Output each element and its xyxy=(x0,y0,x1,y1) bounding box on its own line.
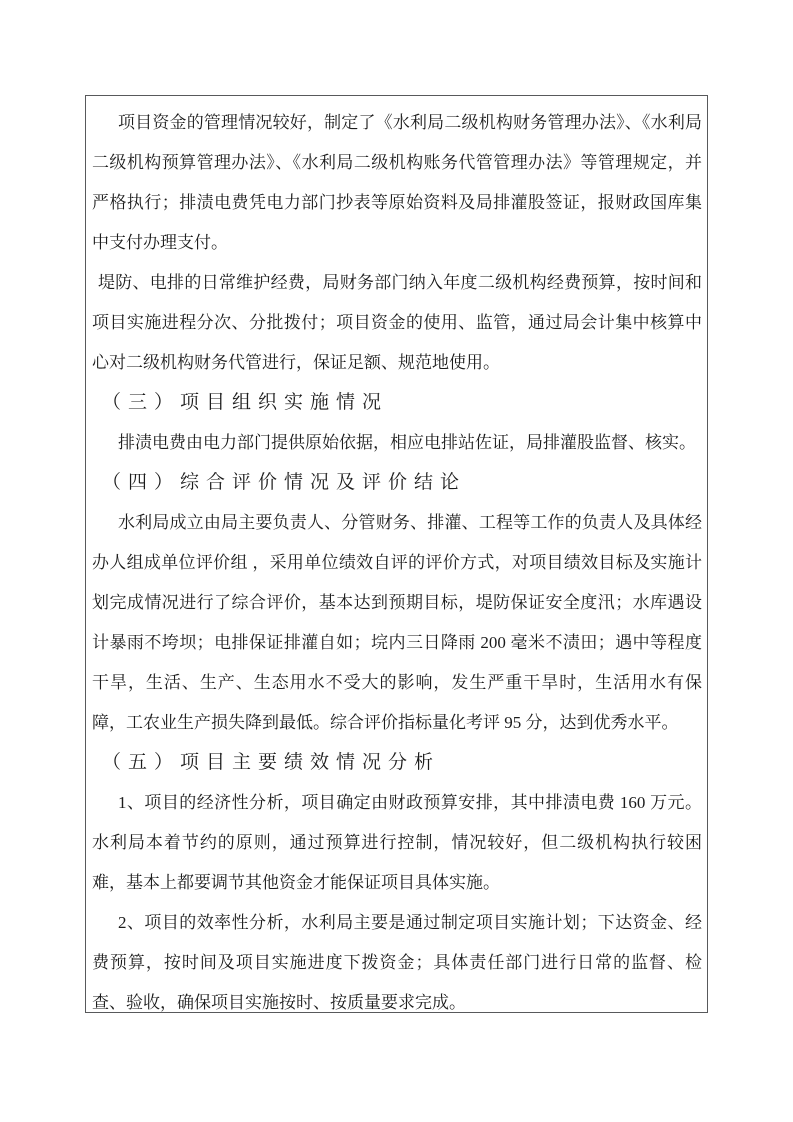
document-cell-border: 项目资金的管理情况较好，制定了《水利局二级机构财务管理办法》、《水利局二级机构预… xyxy=(85,95,708,1013)
paragraph-implementation-detail: 排渍电费由电力部门提供原始依据，相应电排站佐证，局排灌股监督、核实。 xyxy=(92,423,702,463)
section-heading-4-comprehensive-evaluation: （四）综合评价情况及评价结论 xyxy=(92,463,702,503)
paragraph-economy-analysis: 1、项目的经济性分析，项目确定由财政预算安排，其中排渍电费 160 万元。水利局… xyxy=(92,783,702,903)
paragraph-efficiency-analysis: 2、项目的效率性分析，水利局主要是通过制定项目实施计划；下达资金、经费预算，按时… xyxy=(92,903,702,1013)
paragraph-funding-management: 项目资金的管理情况较好，制定了《水利局二级机构财务管理办法》、《水利局二级机构预… xyxy=(92,103,702,263)
paragraph-comprehensive-evaluation: 水利局成立由局主要负责人、分管财务、排灌、工程等工作的负责人及具体经办人组成单位… xyxy=(92,503,702,743)
section-heading-3-organization-implementation: （三）项目组织实施情况 xyxy=(92,383,702,423)
paragraph-maintenance-funds: 堤防、电排的日常维护经费，局财务部门纳入年度二级机构经费预算，按时间和项目实施进… xyxy=(92,263,702,383)
document-page: { "page": { "background": "#ffffff", "te… xyxy=(0,0,793,1122)
section-heading-5-performance-analysis: （五）项目主要绩效情况分析 xyxy=(92,743,702,783)
